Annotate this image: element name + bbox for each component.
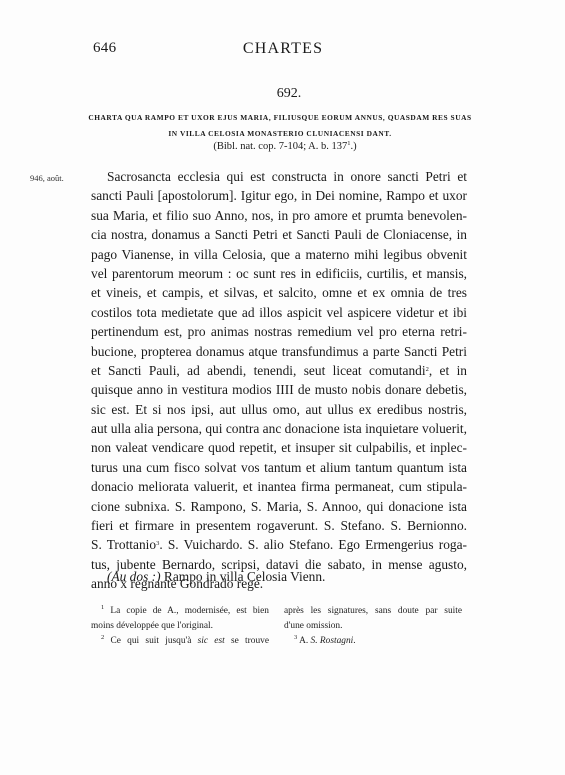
footnotes-right-column: après les signatures, sans doute par sui… <box>284 604 462 649</box>
body-line-tail: , et in <box>429 363 467 378</box>
body-line-text: S. Trottanio <box>91 537 156 552</box>
charter-summary-line: IN VILLA CELOSIA MONASTERIO CLUNIACENSI … <box>88 126 472 142</box>
footnotes-left-column: 1 La copie de A., modernisée, est bien m… <box>91 604 269 649</box>
body-line: et vineis, et campis, et silvas, et salc… <box>91 283 467 302</box>
body-line: donacio meliorata valuerit, et inantea f… <box>91 477 467 496</box>
body-line: turus una cum fisco solvat vos tantum et… <box>91 458 467 477</box>
body-line: S. Trottanio3. S. Vuichardo. S. alio Ste… <box>91 535 467 554</box>
footnote-2-cont: après les signatures, sans doute par sui… <box>284 604 462 619</box>
body-line: bucione, propterea donamus atque transfu… <box>91 342 467 361</box>
body-line: Sacrosancta ecclesia qui est constructa … <box>91 167 467 186</box>
footnote-1: 1 La copie de A., modernisée, est bien <box>91 604 269 619</box>
body-line: vel parentorum meorum : oc sunt res in e… <box>91 264 467 283</box>
body-line: cione subnixa. S. Rampono, S. Maria, S. … <box>91 497 467 516</box>
footnote-2-cont: d'une omission. <box>284 619 462 634</box>
source-text: (Bibl. nat. cop. 7-104; A. b. 137 <box>213 141 347 152</box>
footnote-2: 2 Ce qui suit jusqu'à sic est se trouve <box>91 634 269 649</box>
charter-source: (Bibl. nat. cop. 7-104; A. b. 1371.) <box>93 141 471 152</box>
charter-summary-line: CHARTA QUA RAMPO ET UXOR EJUS MARIA, FIL… <box>88 110 472 126</box>
dorse-label: (Au dos :) <box>107 569 161 584</box>
footnote-1-cont: moins développée que l'original. <box>91 619 269 634</box>
body-line: pago Vianense, in villa Celosia, que a m… <box>91 245 467 264</box>
running-title: CHARTES <box>93 40 465 58</box>
footnote-3: 3 A. S. Rostagni. <box>284 634 462 649</box>
charter-summary: CHARTA QUA RAMPO ET UXOR EJUS MARIA, FIL… <box>88 110 472 142</box>
body-line: non valeat vendicare quod repetit, et in… <box>91 438 467 457</box>
body-line-tail: . S. Vuichardo. S. alio Stefano. Ego Erm… <box>159 537 467 552</box>
body-line: costilos tota medietate que ad illos asp… <box>91 303 467 322</box>
footnote-text: . <box>353 636 355 646</box>
footnote-text: se trouve <box>225 636 269 646</box>
charter-body: Sacrosancta ecclesia qui est constructa … <box>91 167 467 594</box>
footnote-italic: sic est <box>198 636 225 646</box>
margin-date: 946, août. <box>30 173 64 183</box>
footnote-marker: 2 <box>101 634 104 641</box>
footnote-marker: 3 <box>294 634 297 641</box>
body-line-text: et Sancti Pauli, ad abendi, tenendi, seu… <box>91 363 426 378</box>
body-line: cia nostra, donamus a Sancti Petri et Sa… <box>91 225 467 244</box>
footnote-marker: 1 <box>101 604 104 611</box>
charter-number: 692. <box>93 86 475 102</box>
body-line: fieri et firmare in presentem rogaverunt… <box>91 516 467 535</box>
body-line: et Sancti Pauli, ad abendi, tenendi, seu… <box>91 361 467 380</box>
running-head: 646 CHARTES <box>93 40 465 60</box>
footnote-text: Ce qui suit jusqu'à <box>111 636 198 646</box>
body-line: quisque anno in vestitura modios IIII de… <box>91 380 467 399</box>
document-page: 646 CHARTES 692. CHARTA QUA RAMPO ET UXO… <box>0 0 565 775</box>
body-line: sancti Pauli [apostolorum]. Igitur ego, … <box>91 186 467 205</box>
body-line: sic est. Et si nos ipsi, aut ullus omo, … <box>91 400 467 419</box>
body-line: aut ulla alia persona, qui contra anc do… <box>91 419 467 438</box>
source-close: .) <box>351 141 357 152</box>
dorse-text: Rampo in villa Celosia Vienn. <box>164 569 325 584</box>
footnote-italic: S. Rostagni <box>311 636 354 646</box>
body-line: sua Maria, et filio suo Anno, nos, in pr… <box>91 206 467 225</box>
body-line: pertinendum est, pro animas nostras reme… <box>91 322 467 341</box>
dorse-note: (Au dos :) Rampo in villa Celosia Vienn. <box>107 569 325 585</box>
footnote-text: La copie de A., modernisée, est bien <box>110 606 269 616</box>
footnote-text: A. <box>299 636 310 646</box>
